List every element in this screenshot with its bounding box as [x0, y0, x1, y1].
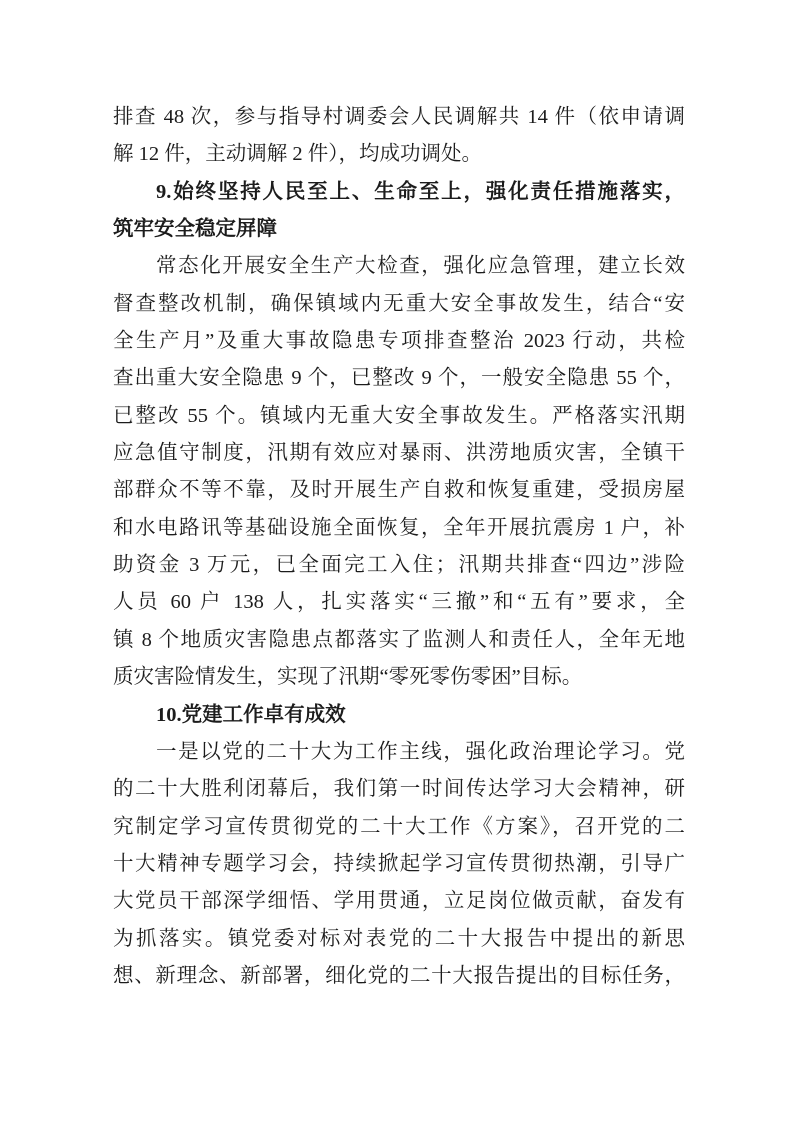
body-text-line: 和水电路讯等基础设施全面恢复，全年开展抗震房 1 户，补 — [113, 510, 685, 547]
body-text-line: 部群众不等不靠，及时开展生产自救和恢复重建，受损房屋 — [113, 472, 685, 509]
section-heading-line: 10.党建工作卓有成效 — [113, 697, 685, 734]
body-text-line: 常态化开展安全生产大检查，强化应急管理，建立长效 — [113, 248, 685, 285]
body-text-line: 想、新理念、新部署，细化党的二十大报告提出的目标任务， — [113, 958, 685, 995]
body-text-line: 一是以党的二十大为工作主线，强化政治理论学习。党 — [113, 734, 685, 771]
body-text-line: 排查 48 次，参与指导村调委会人民调解共 14 件（依申请调 — [113, 99, 685, 136]
body-text-line: 大党员干部深学细悟、学用贯通，立足岗位做贡献，奋发有 — [113, 883, 685, 920]
body-text-line: 质灾害险情发生，实现了汛期“零死零伤零困”目标。 — [113, 659, 685, 696]
document-page: 排查 48 次，参与指导村调委会人民调解共 14 件（依申请调 解 12 件，主… — [0, 0, 793, 1122]
body-text-line: 解 12 件，主动调解 2 件），均成功调处。 — [113, 136, 685, 173]
body-text-line: 的二十大胜利闭幕后，我们第一时间传达学习大会精神，研 — [113, 771, 685, 808]
section-heading-line: 9.始终坚持人民至上、生命至上，强化责任措施落实， — [113, 174, 685, 211]
body-text-line: 究制定学习宣传贯彻党的二十大工作《方案》，召开党的二 — [113, 809, 685, 846]
page-text-block: 排查 48 次，参与指导村调委会人民调解共 14 件（依申请调 解 12 件，主… — [113, 99, 685, 995]
body-text-line: 十大精神专题学习会，持续掀起学习宣传贯彻热潮，引导广 — [113, 846, 685, 883]
body-text-line: 人员 60 户 138 人，扎实落实“三撤”和“五有”要求，全 — [113, 584, 685, 621]
body-text-line: 已整改 55 个。镇域内无重大安全事故发生。严格落实汛期 — [113, 398, 685, 435]
body-text-line: 全生产月”及重大事故隐患专项排查整治 2023 行动，共检 — [113, 323, 685, 360]
body-text-line: 应急值守制度，汛期有效应对暴雨、洪涝地质灾害，全镇干 — [113, 435, 685, 472]
section-heading-line: 筑牢安全稳定屏障 — [113, 211, 685, 248]
body-text-line: 查出重大安全隐患 9 个，已整改 9 个，一般安全隐患 55 个， — [113, 360, 685, 397]
body-text-line: 助资金 3 万元，已全面完工入住；汛期共排查“四边”涉险 — [113, 547, 685, 584]
body-text-line: 镇 8 个地质灾害隐患点都落实了监测人和责任人，全年无地 — [113, 622, 685, 659]
body-text-line: 为抓落实。镇党委对标对表党的二十大报告中提出的新思 — [113, 921, 685, 958]
body-text-line: 督查整改机制，确保镇域内无重大安全事故发生，结合“安 — [113, 286, 685, 323]
